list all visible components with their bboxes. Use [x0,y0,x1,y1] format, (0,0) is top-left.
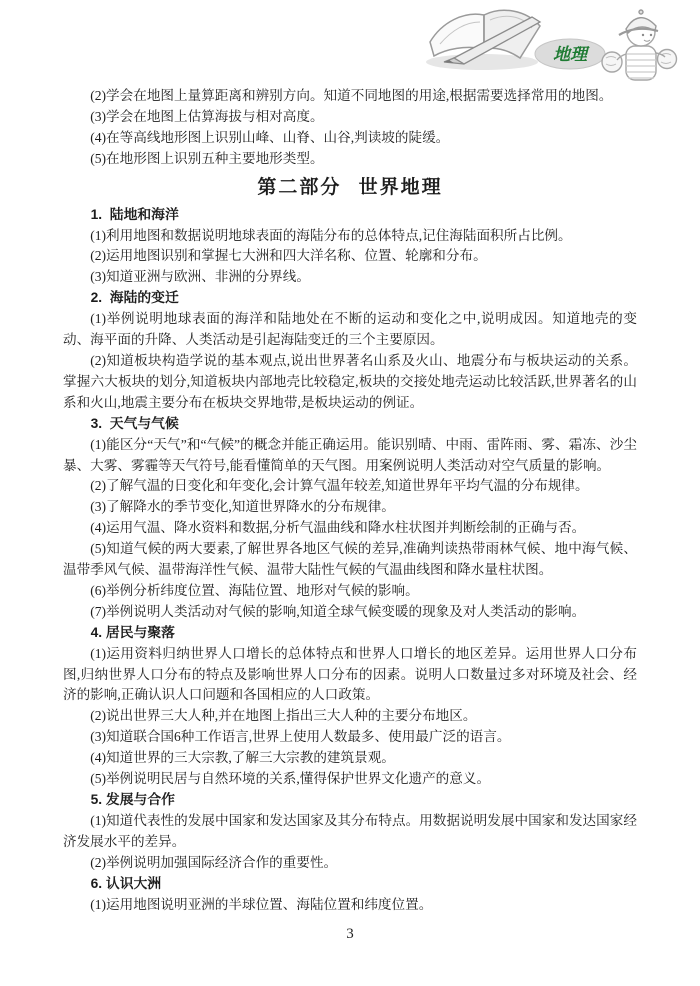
geography-label: 地理 [553,45,590,64]
body-line: (3)了解降水的季节变化,知道世界降水的分布规律。 [63,497,637,518]
body-line: (5)举例说明民居与自然环境的关系,懂得保护世界文化遗产的意义。 [63,769,637,790]
body-line: (3)知道亚洲与欧洲、非洲的分界线。 [63,267,637,288]
sections: 1. 陆地和海洋(1)利用地图和数据说明地球表面的海陆分布的总体特点,记住海陆面… [63,205,637,916]
part-heading: 第二部分 世界地理 [63,175,637,199]
body-line: (2)学会在地图上量算距离和辨别方向。知道不同地图的用途,根据需要选择常用的地图… [63,86,637,107]
section-title: 4. 居民与聚落 [63,623,637,644]
body-line: (1)举例说明地球表面的海洋和陆地处在不断的运动和变化之中,说明成因。知道地壳的… [63,309,637,351]
body-line: (7)举例说明人类活动对气候的影响,知道全球气候变暖的现象及对人类活动的影响。 [63,602,637,623]
body-line: (3)知道联合国6种工作语言,世界上使用人数最多、使用最广泛的语言。 [63,727,637,748]
section-title: 1. 陆地和海洋 [63,205,637,226]
intro-paragraphs: (2)学会在地图上量算距离和辨别方向。知道不同地图的用途,根据需要选择常用的地图… [63,86,637,170]
body-line: (4)知道世界的三大宗教,了解三大宗教的建筑景观。 [63,748,637,769]
body-line: (1)知道代表性的发展中国家和发达国家及其分布特点。用数据说明发展中国家和发达国… [63,811,637,853]
section-title: 6. 认识大洲 [63,874,637,895]
cartoon-boy-icon [602,10,677,80]
section-title: 3. 天气与气候 [63,414,637,435]
document-page: 地理 [0,0,700,986]
open-book-icon [426,10,540,70]
body-line: (2)举例说明加强国际经济合作的重要性。 [63,853,637,874]
body-line: (2)了解气温的日变化和年变化,会计算气温年较差,知道世界年平均气温的分布规律。 [63,476,637,497]
page-number: 3 [0,926,700,943]
section-title: 5. 发展与合作 [63,790,637,811]
section-title: 2. 海陆的变迁 [63,288,637,309]
header-illustration-svg: 地理 [420,2,680,90]
body-line: (1)运用资料归纳世界人口增长的总体特点和世界人口增长的地区差异。运用世界人口分… [63,644,637,707]
body-line: (4)在等高线地形图上识别山峰、山脊、山谷,判读坡的陡缓。 [63,128,637,149]
body-line: (6)举例分析纬度位置、海陆位置、地形对气候的影响。 [63,581,637,602]
body-line: (2)知道板块构造学说的基本观点,说出世界著名山系及火山、地震分布与板块运动的关… [63,351,637,414]
body-line: (5)知道气候的两大要素,了解世界各地区气候的差异,准确判读热带雨林气候、地中海… [63,539,637,581]
body-line: (5)在地形图上识别五种主要地形类型。 [63,149,637,170]
subject-bubble: 地理 [535,39,605,69]
body-line: (2)运用地图识别和掌握七大洲和四大洋名称、位置、轮廓和分布。 [63,246,637,267]
body-line: (4)运用气温、降水资料和数据,分析气温曲线和降水柱状图并判断绘制的正确与否。 [63,518,637,539]
document-body: (2)学会在地图上量算距离和辨别方向。知道不同地图的用途,根据需要选择常用的地图… [63,86,637,915]
body-line: (1)利用地图和数据说明地球表面的海陆分布的总体特点,记住海陆面积所占比例。 [63,226,637,247]
header-illustration: 地理 [420,2,680,90]
body-line: (2)说出世界三大人种,并在地图上指出三大人种的主要分布地区。 [63,706,637,727]
body-line: (1)运用地图说明亚洲的半球位置、海陆位置和纬度位置。 [63,895,637,916]
body-line: (3)学会在地图上估算海拔与相对高度。 [63,107,637,128]
body-line: (1)能区分“天气”和“气候”的概念并能正确运用。能识别晴、中雨、雷阵雨、雾、霜… [63,435,637,477]
